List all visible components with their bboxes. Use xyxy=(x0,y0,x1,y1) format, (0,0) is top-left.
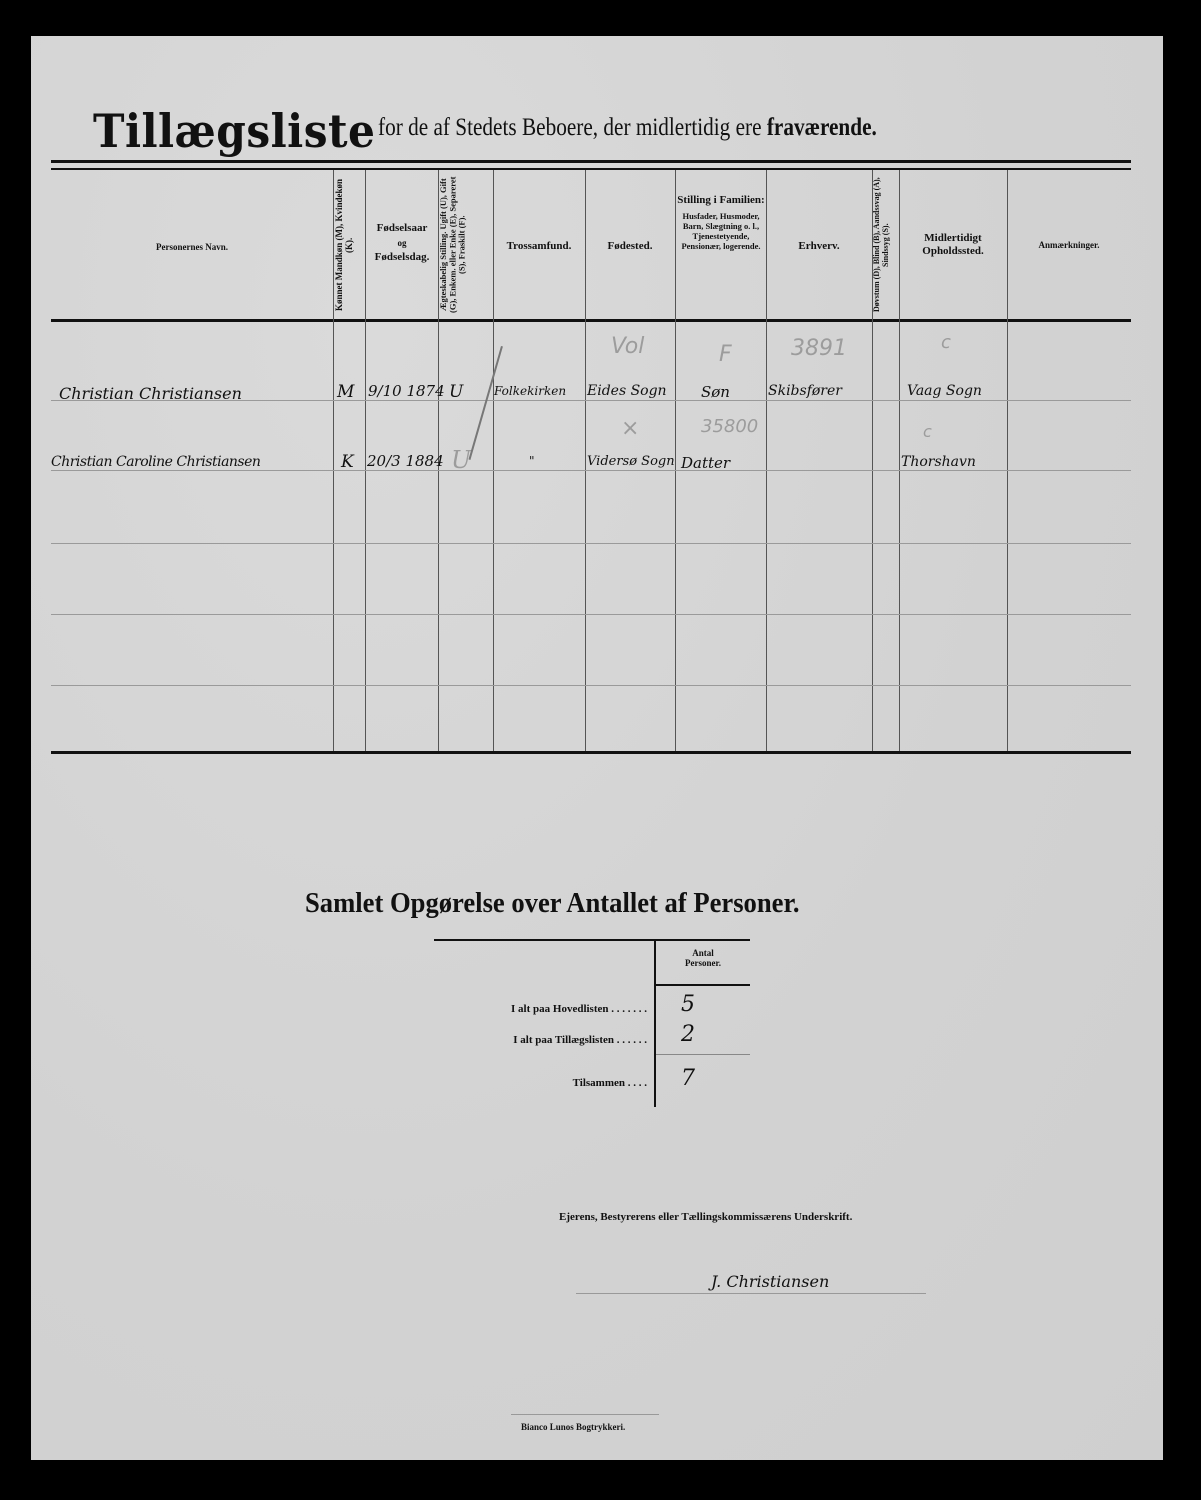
col-divider xyxy=(1007,170,1008,752)
signature-line xyxy=(576,1293,926,1294)
printer-rule xyxy=(511,1414,659,1415)
row2-birth: 20/3 1884 xyxy=(367,452,444,470)
header-birth: Fødselsaar og Fødselsdag. xyxy=(366,222,438,264)
row-rule xyxy=(51,543,1131,544)
row1-marital: U xyxy=(449,382,463,402)
summary-top-rule xyxy=(434,939,750,941)
header-top-rule xyxy=(51,168,1131,170)
form-title: Tillægsliste xyxy=(93,104,375,158)
row2-marital: U xyxy=(451,446,471,474)
row2-family-position: Datter xyxy=(681,454,730,472)
col-divider xyxy=(493,170,494,752)
header-marital: Ægteskabelig Stilling. Ugift (U), Gift (… xyxy=(439,172,493,318)
summary-header-rule xyxy=(656,984,750,986)
header-birthplace: Fødested. xyxy=(585,240,675,253)
row1-name: Christian Christiansen xyxy=(59,384,242,403)
pencil-annotation: 3891 xyxy=(791,336,847,361)
signature-label: Ejerens, Bestyrerens eller Tællingskommi… xyxy=(559,1211,852,1223)
row2-name: Christian Caroline Christiansen xyxy=(51,454,260,470)
pencil-annotation: 35800 xyxy=(701,416,758,437)
header-bottom-rule xyxy=(51,319,1131,322)
col-divider xyxy=(766,170,767,752)
pencil-annotation: F xyxy=(719,342,732,367)
header-temp-residence-line1: Midlertidigt xyxy=(899,232,1007,245)
col-divider xyxy=(585,170,586,752)
row2-religion: " xyxy=(529,454,535,468)
header-temp-residence-line2: Opholdssted. xyxy=(899,245,1007,258)
header-birth-line2: og xyxy=(366,238,438,248)
header-family-position-detail: Husfader, Husmoder, Barn, Slægtning o. l… xyxy=(677,211,765,252)
summary-vertical-rule xyxy=(654,941,656,1107)
header-birth-line1: Fødselsaar xyxy=(366,222,438,235)
row1-occupation: Skibsfører xyxy=(768,383,842,399)
title-rule xyxy=(51,160,1131,163)
row2-temp-residence: Thorshavn xyxy=(901,454,976,470)
printer-imprint: Bianco Lunos Bogtrykkeri. xyxy=(521,1422,625,1432)
row1-birthplace: Eides Sogn xyxy=(587,383,667,399)
row1-birth: 9/10 1874 xyxy=(368,382,445,400)
summary-title: Samlet Opgørelse over Antallet af Person… xyxy=(305,888,799,920)
header-name: Personernes Navn. xyxy=(51,242,333,252)
header-family-position-title: Stilling i Familien: xyxy=(677,194,765,207)
summary-row-tillaegslisten-label: I alt paa Tillægslisten . . . . . . xyxy=(431,1034,647,1046)
pencil-annotation: c xyxy=(941,332,951,353)
summary-row-hovedlisten-value: 5 xyxy=(681,992,695,1017)
pencil-annotation: × xyxy=(621,416,639,441)
subtitle-text: for de af Stedets Beboere, der midlertid… xyxy=(378,114,762,141)
row1-temp-residence: Vaag Sogn xyxy=(907,383,982,399)
subtitle-bold-text: fraværende. xyxy=(767,114,877,141)
row1-family-position: Søn xyxy=(701,383,730,401)
pencil-annotation: Vol xyxy=(611,334,644,359)
summary-total-rule xyxy=(656,1054,750,1055)
row-rule xyxy=(51,685,1131,686)
census-form-page: Tillægsliste for de af Stedets Beboere, … xyxy=(31,36,1163,1460)
col-divider xyxy=(675,170,676,752)
header-gender: Kønnet Mandkøn (M), Kvindekøn (K). xyxy=(335,172,363,318)
table-bottom-rule xyxy=(51,751,1131,754)
header-remarks: Anmærkninger. xyxy=(1007,240,1131,250)
summary-column-header-line2: Personer. xyxy=(657,958,749,968)
summary-total-value: 7 xyxy=(681,1066,695,1091)
summary-row-tillaegslisten-value: 2 xyxy=(681,1022,695,1047)
row-rule xyxy=(51,614,1131,615)
row1-religion: Folkekirken xyxy=(494,384,566,398)
pencil-annotation: c xyxy=(923,422,932,441)
pencil-slash-mark xyxy=(468,346,502,460)
row-rule xyxy=(51,470,1131,471)
row2-birthplace: Vidersø Sogn xyxy=(587,454,675,469)
header-family-position: Stilling i Familien: Husfader, Husmoder,… xyxy=(677,194,765,251)
header-temp-residence: Midlertidigt Opholdssted. xyxy=(899,232,1007,257)
row1-gender: M xyxy=(337,382,354,402)
summary-column-header-line1: Antal xyxy=(657,948,749,958)
row2-gender: K xyxy=(341,452,354,472)
signature-value: J. Christiansen xyxy=(711,1272,829,1291)
summary-row-hovedlisten-label: I alt paa Hovedlisten . . . . . . . xyxy=(431,1003,647,1015)
summary-total-label: Tilsammen . . . . xyxy=(431,1077,647,1089)
header-birth-line3: Fødselsdag. xyxy=(366,251,438,264)
col-divider xyxy=(899,170,900,752)
summary-column-header: Antal Personer. xyxy=(657,948,749,969)
header-disability: Døvstum (D), Blind (B), Aandssvag (A), S… xyxy=(873,172,899,318)
header-occupation: Erhverv. xyxy=(766,240,872,253)
form-subtitle: for de af Stedets Beboere, der midlertid… xyxy=(378,114,877,142)
header-religion: Trossamfund. xyxy=(493,240,585,253)
